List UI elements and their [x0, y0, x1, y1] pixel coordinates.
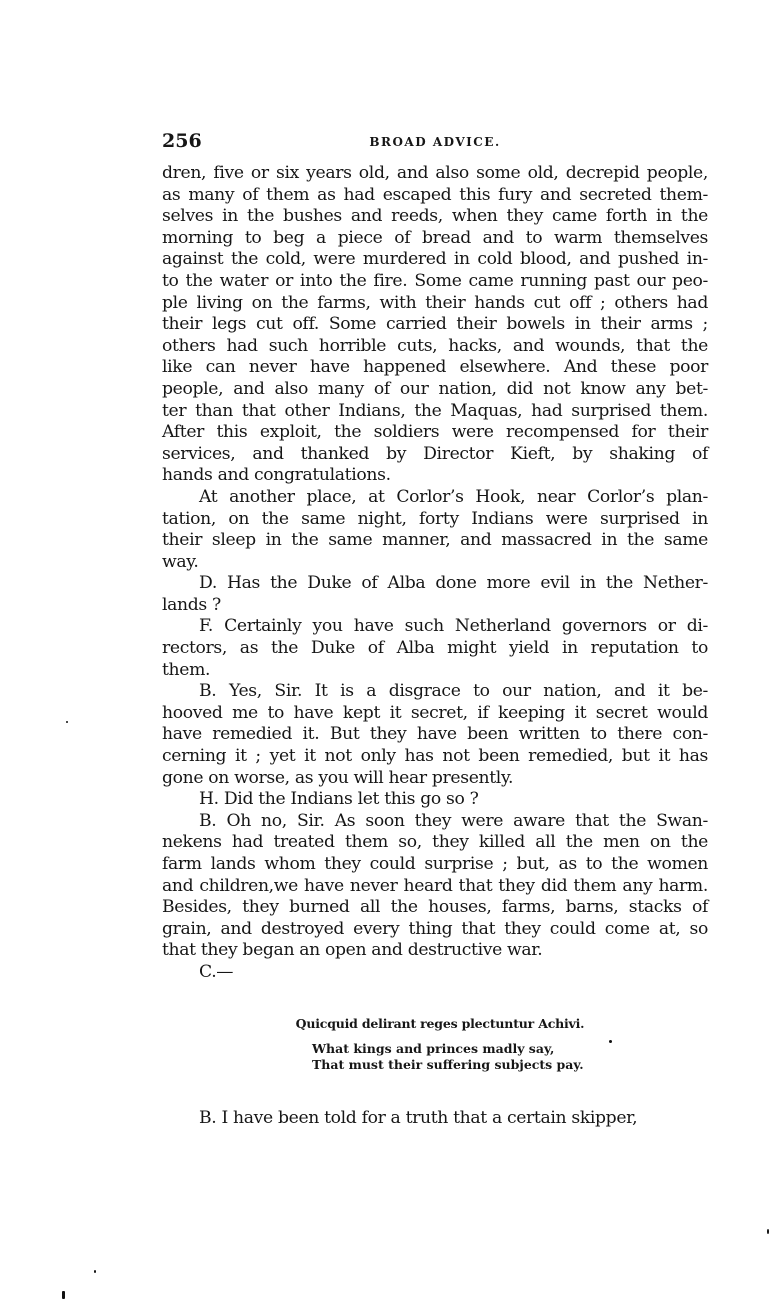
latin-quotation: Quicquid delirant reges plectuntur Achiv…: [172, 1016, 708, 1031]
body-text: dren, five or six years old, and also so…: [162, 163, 708, 984]
dialogue-line-b: B. Oh no, Sir. As soon they were aware t…: [162, 811, 708, 833]
text-line: services, and thanked by Director Kieft,…: [162, 444, 708, 466]
text-line: selves in the bushes and reeds, when the…: [162, 206, 708, 228]
text-line: them.: [162, 660, 708, 682]
text-line: grain, and destroyed every thing that th…: [162, 919, 708, 941]
text-line: and children,we have never heard that th…: [162, 876, 708, 898]
dialogue-line-c: C.—: [162, 962, 708, 984]
text-line: After this exploit, the soldiers were re…: [162, 422, 708, 444]
text-line: morning to beg a piece of bread and to w…: [162, 228, 708, 250]
dialogue-line-f: F. Certainly you have such Netherland go…: [162, 616, 708, 638]
text-line: to the water or into the fire. Some came…: [162, 271, 708, 293]
text-line: gone on worse, as you will hear presentl…: [162, 768, 708, 790]
text-line: others had such horrible cuts, hacks, an…: [162, 336, 708, 358]
text-line: that they began an open and destructive …: [162, 940, 708, 962]
text-line: lands ?: [162, 595, 708, 617]
text-line: At another place, at Corlor’s Hook, near…: [162, 487, 708, 509]
dialogue-line-b: B. Yes, Sir. It is a disgrace to our nat…: [162, 681, 708, 703]
text-line: dren, five or six years old, and also so…: [162, 163, 708, 185]
text-line: their sleep in the same manner, and mass…: [162, 530, 708, 552]
text-line: nekens had treated them so, they killed …: [162, 832, 708, 854]
book-page: 256 BROAD ADVICE. dren, five or six year…: [0, 0, 776, 1300]
verse-translation: What kings and princes madly say, That m…: [312, 1041, 708, 1073]
text-line: ple living on the farms, with their hand…: [162, 293, 708, 315]
running-head: 256 BROAD ADVICE.: [162, 130, 708, 154]
text-line: have remedied it. But they have been wri…: [162, 724, 708, 746]
text-line: people, and also many of our nation, did…: [162, 379, 708, 401]
text-line: rectors, as the Duke of Alba might yield…: [162, 638, 708, 660]
text-line: tation, on the same night, forty Indians…: [162, 509, 708, 531]
text-line: hands and congratulations.: [162, 465, 708, 487]
dialogue-line-d: D. Has the Duke of Alba done more evil i…: [162, 573, 708, 595]
text-line: ter than that other Indians, the Maquas,…: [162, 401, 708, 423]
dialogue-line-h: H. Did the Indians let this go so ?: [162, 789, 708, 811]
dialogue-line-b: B. I have been told for a truth that a c…: [162, 1108, 708, 1130]
scan-speck: [94, 1270, 96, 1273]
text-line: against the cold, were murdered in cold …: [162, 249, 708, 271]
text-line: farm lands whom they could surprise ; bu…: [162, 854, 708, 876]
text-line: their legs cut off. Some carried their b…: [162, 314, 708, 336]
text-line: cerning it ; yet it not only has not bee…: [162, 746, 708, 768]
scan-speck: [609, 1040, 612, 1043]
text-line: as many of them as had escaped this fury…: [162, 185, 708, 207]
running-title: BROAD ADVICE.: [162, 135, 708, 149]
scan-speck: [767, 1229, 769, 1234]
text-line: like can never have happened elsewhere. …: [162, 357, 708, 379]
scan-speck: [62, 1291, 65, 1299]
verse-line: That must their suffering subjects pay.: [312, 1057, 708, 1073]
quotation-block: Quicquid delirant reges plectuntur Achiv…: [162, 1016, 708, 1073]
text-line: hooved me to have kept it secret, if kee…: [162, 703, 708, 725]
text-line: Besides, they burned all the houses, far…: [162, 897, 708, 919]
verse-line: What kings and princes madly say,: [312, 1041, 708, 1057]
scan-speck: [66, 721, 68, 723]
text-line: way.: [162, 552, 708, 574]
final-paragraph: B. I have been told for a truth that a c…: [162, 1108, 708, 1130]
